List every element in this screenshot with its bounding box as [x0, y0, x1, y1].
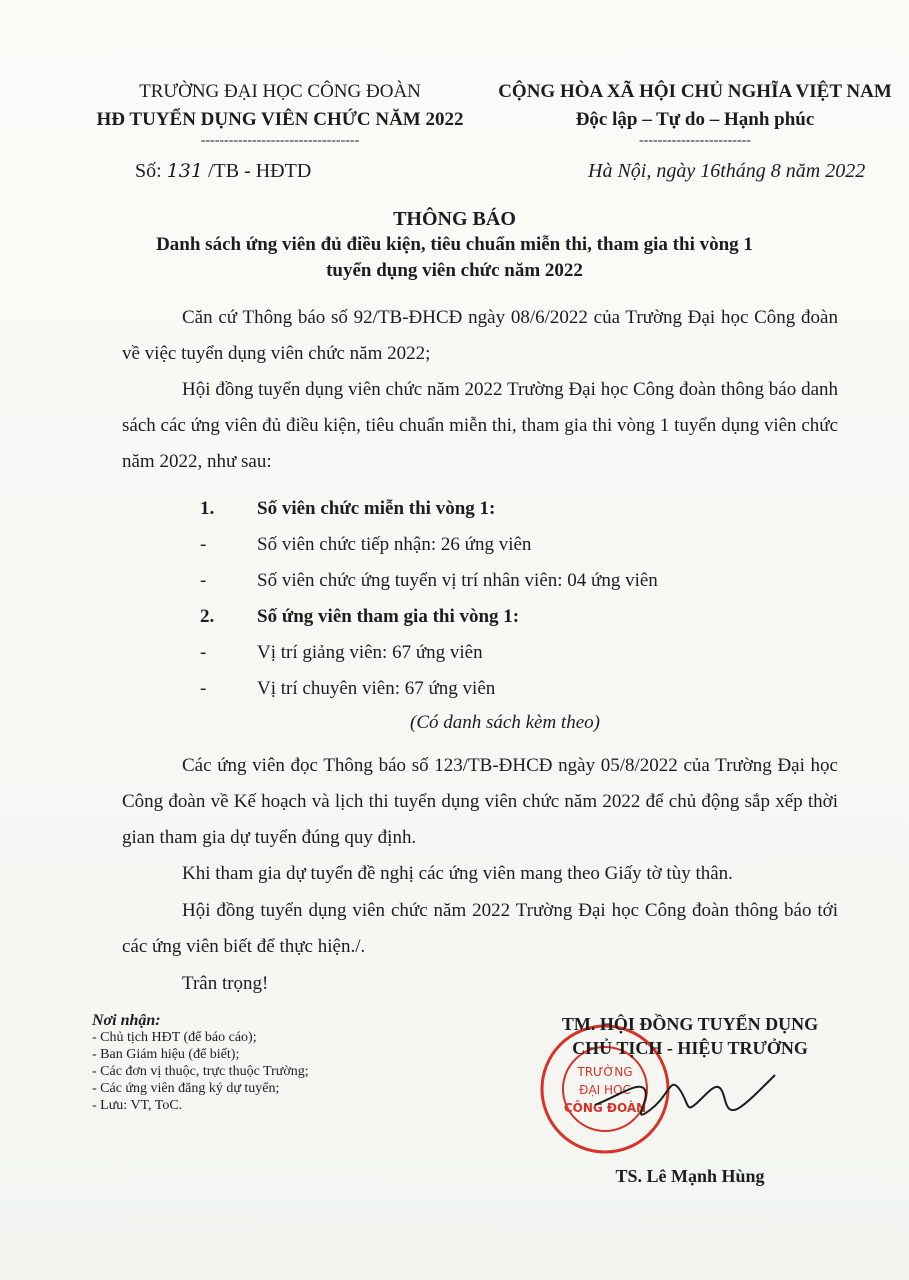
recipient-item: - Các ứng viên đăng ký dự tuyển;: [92, 1080, 309, 1097]
recipient-item: - Ban Giám hiệu (để biết);: [92, 1046, 309, 1063]
list-item: -Vị trí chuyên viên: 67 ứng viên: [200, 678, 495, 700]
document-title: THÔNG BÁO Danh sách ứng viên đủ điều kiệ…: [0, 206, 909, 284]
recipient-item: - Lưu: VT, ToC.: [92, 1097, 309, 1114]
signatory-name: TS. Lê Mạnh Hùng: [520, 1166, 860, 1187]
header-right-divider: ------------------------: [480, 134, 909, 148]
handwritten-signature-icon: [590, 1060, 780, 1130]
document-number-handwritten: 131: [167, 160, 203, 182]
list-item: -Số viên chức tiếp nhận: 26 ứng viên: [200, 534, 531, 556]
header-right: CỘNG HÒA XÃ HỘI CHỦ NGHĨA VIỆT NAM Độc l…: [480, 78, 909, 148]
document-number: Số: 131 /TB - HĐTD: [135, 160, 311, 183]
paragraph-announcement: Hội đồng tuyển dụng viên chức năm 2022 T…: [122, 372, 838, 480]
header-left-divider: ----------------------------------: [70, 134, 490, 148]
council-name: HĐ TUYỂN DỤNG VIÊN CHỨC NĂM 2022: [70, 106, 490, 134]
recipients-label: Nơi nhận:: [92, 1012, 309, 1029]
document-date: Hà Nội, ngày 16tháng 8 năm 2022: [588, 160, 865, 183]
recipient-item: - Chủ tịch HĐT (để báo cáo);: [92, 1029, 309, 1046]
section-2-heading: 2.Số ứng viên tham gia thi vòng 1:: [200, 606, 519, 628]
country-name: CỘNG HÒA XÃ HỘI CHỦ NGHĨA VIỆT NAM: [480, 78, 909, 106]
list-item: -Số viên chức ứng tuyển vị trí nhân viên…: [200, 570, 658, 592]
header-left: TRƯỜNG ĐẠI HỌC CÔNG ĐOÀN HĐ TUYỂN DỤNG V…: [70, 78, 490, 148]
date-day-handwritten: 16: [700, 160, 720, 182]
paragraph-id-documents: Khi tham gia dự tuyển đề nghị các ứng vi…: [122, 856, 838, 892]
closing-greeting: Trân trọng!: [122, 966, 838, 1002]
paragraph-schedule: Các ứng viên đọc Thông báo số 123/TB-ĐHC…: [122, 748, 838, 856]
document-page: TRƯỜNG ĐẠI HỌC CÔNG ĐOÀN HĐ TUYỂN DỤNG V…: [0, 0, 909, 1280]
title-subtitle-line2: tuyển dụng viên chức năm 2022: [0, 258, 909, 284]
attached-list-note: (Có danh sách kèm theo): [410, 712, 600, 734]
title-main: THÔNG BÁO: [0, 206, 909, 232]
paragraph-notify: Hội đồng tuyển dụng viên chức năm 2022 T…: [122, 893, 838, 965]
section-1-heading: 1.Số viên chức miễn thi vòng 1:: [200, 498, 495, 520]
list-item: -Vị trí giảng viên: 67 ứng viên: [200, 642, 483, 664]
national-motto: Độc lập – Tự do – Hạnh phúc: [480, 106, 909, 134]
signature-title-line1: TM. HỘI ĐỒNG TUYỂN DỤNG: [520, 1012, 860, 1036]
paragraph-basis: Căn cứ Thông báo số 92/TB-ĐHCĐ ngày 08/6…: [122, 300, 838, 372]
signature-title-line2: CHỦ TỊCH - HIỆU TRƯỞNG: [520, 1036, 860, 1060]
title-subtitle-line1: Danh sách ứng viên đủ điều kiện, tiêu ch…: [0, 232, 909, 258]
recipient-item: - Các đơn vị thuộc, trực thuộc Trường;: [92, 1063, 309, 1080]
recipients-block: Nơi nhận: - Chủ tịch HĐT (để báo cáo); -…: [92, 1012, 309, 1114]
organization-name: TRƯỜNG ĐẠI HỌC CÔNG ĐOÀN: [70, 78, 490, 106]
